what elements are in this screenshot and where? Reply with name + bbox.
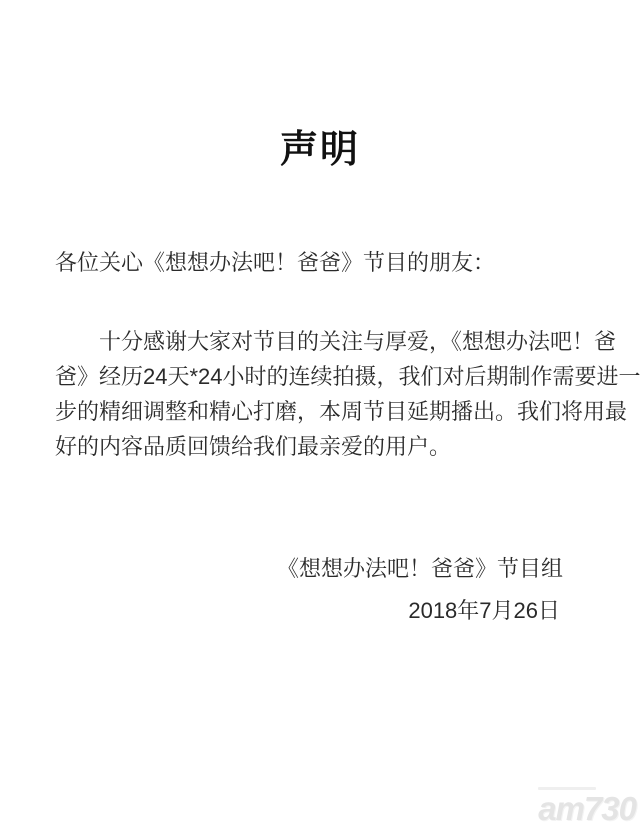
am730-logo: am730 [538, 792, 636, 826]
body-line-3: 步的精细调整和精心打磨，本周节目延期播出。我们将用最 [55, 394, 583, 429]
body-line-4: 好的内容品质回馈给我们最亲爱的用户。 [55, 429, 583, 464]
am730-watermark: am730 [538, 787, 636, 826]
body-line-1: 十分感谢大家对节目的关注与厚爱，《想想办法吧！爸 [55, 324, 583, 359]
body-paragraph: 十分感谢大家对节目的关注与厚爱，《想想办法吧！爸 爸》经历24天*24小时的连续… [55, 324, 583, 464]
date-line: 2018年7月26日 [0, 596, 640, 626]
statement-document: 声明 各位关心《想想办法吧！爸爸》节目的朋友： 十分感谢大家对节目的关注与厚爱，… [0, 0, 640, 832]
salutation-line: 各位关心《想想办法吧！爸爸》节目的朋友： [55, 250, 583, 276]
body-line-2: 爸》经历24天*24小时的连续拍摄，我们对后期制作需要进一 [55, 359, 583, 394]
statement-title: 声明 [0, 0, 640, 174]
signature-line: 《想想办法吧！爸爸》节目组 [0, 554, 640, 584]
